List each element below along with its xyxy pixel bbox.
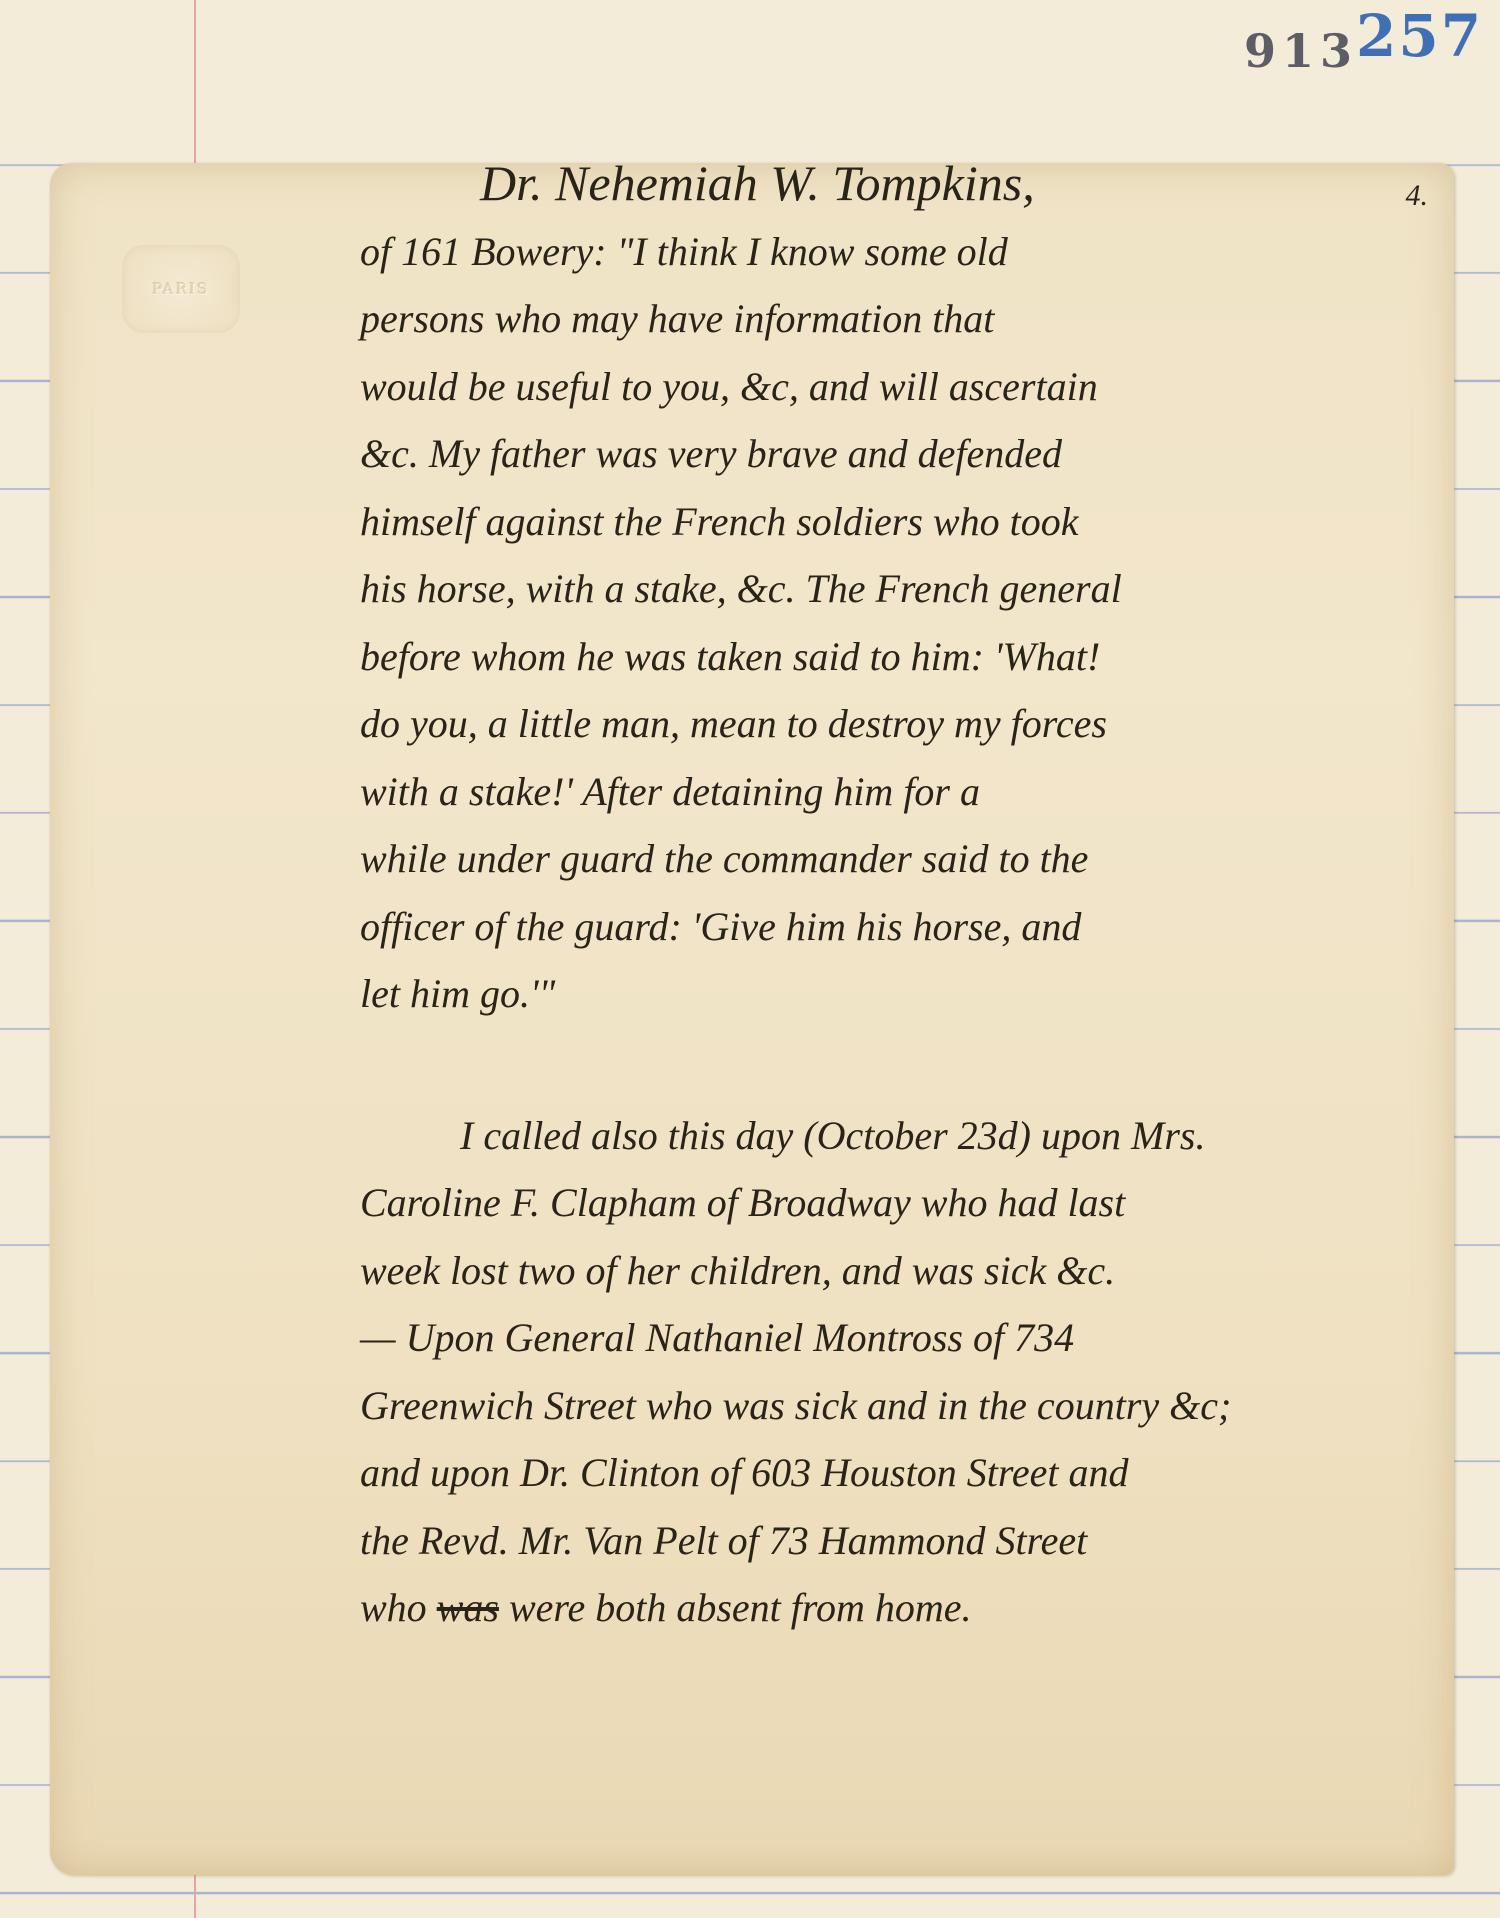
text-line: with a stake!' After detaining him for a	[360, 758, 1370, 826]
paragraph-gap	[360, 1028, 1370, 1102]
struck-out-word: was	[437, 1585, 499, 1630]
text-line: week lost two of her children, and was s…	[360, 1237, 1370, 1305]
text-line: and upon Dr. Clinton of 603 Houston Stre…	[360, 1439, 1370, 1507]
catalog-number-stamp: 913	[1244, 24, 1358, 78]
text-line: Greenwich Street who was sick and in the…	[360, 1372, 1370, 1440]
text-line: I called also this day (October 23d) upo…	[360, 1102, 1370, 1170]
text-line: let him go.'"	[360, 960, 1370, 1028]
last-line-end: were both absent from home.	[499, 1585, 972, 1630]
text-line: while under guard the commander said to …	[360, 825, 1370, 893]
text-line: &c. My father was very brave and defende…	[360, 420, 1370, 488]
paragraph-1: of 161 Bowery: "I think I know some old …	[360, 218, 1370, 1028]
last-line-start: who	[360, 1585, 437, 1630]
heading-name: Dr. Nehemiah W. Tompkins,	[360, 150, 1370, 218]
text-line: the Revd. Mr. Van Pelt of 73 Hammond Str…	[360, 1507, 1370, 1575]
page-number: 4.	[1406, 179, 1429, 213]
text-line: would be useful to you, &c, and will asc…	[360, 353, 1370, 421]
text-line: do you, a little man, mean to destroy my…	[360, 690, 1370, 758]
paragraph-2: I called also this day (October 23d) upo…	[360, 1102, 1370, 1642]
folio-number-stamp: 257	[1356, 2, 1483, 70]
manuscript-text: Dr. Nehemiah W. Tompkins, of 161 Bowery:…	[360, 150, 1370, 1642]
text-line: — Upon General Nathaniel Montross of 734	[360, 1304, 1370, 1372]
text-line: his horse, with a stake, &c. The French …	[360, 555, 1370, 623]
text-line: himself against the French soldiers who …	[360, 488, 1370, 556]
text-line: officer of the guard: 'Give him his hors…	[360, 893, 1370, 961]
paris-emboss-mark: PARIS	[122, 245, 240, 333]
text-line: persons who may have information that	[360, 285, 1370, 353]
text-line: Caroline F. Clapham of Broadway who had …	[360, 1169, 1370, 1237]
text-line: of 161 Bowery: "I think I know some old	[360, 218, 1370, 286]
text-line: before whom he was taken said to him: 'W…	[360, 623, 1370, 691]
text-line-last: who was were both absent from home.	[360, 1574, 1370, 1642]
